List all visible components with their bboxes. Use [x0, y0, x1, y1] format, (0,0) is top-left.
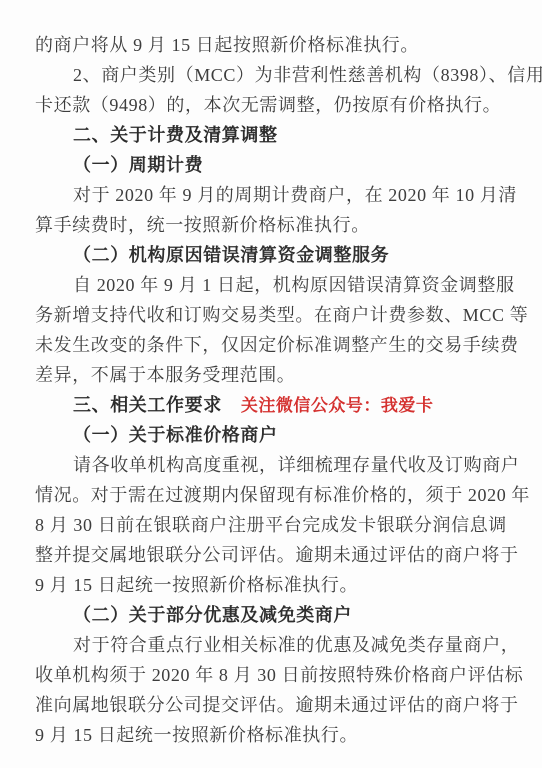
text-line: 整并提交属地银联分公司评估。逾期未通过评估的商户将于 — [35, 540, 513, 570]
section-heading-3-row: 三、相关工作要求 关注微信公众号：我爱卡 — [35, 390, 513, 420]
document-page: 的商户将从 9 月 15 日起按照新价格标准执行。 2、商户类别（MCC）为非营… — [0, 0, 542, 768]
subsection-heading: （一）周期计费 — [35, 150, 513, 180]
document-content: 的商户将从 9 月 15 日起按照新价格标准执行。 2、商户类别（MCC）为非营… — [35, 30, 513, 750]
section-heading-3: 三、相关工作要求 — [73, 395, 222, 415]
section-heading-2: 二、关于计费及清算调整 — [35, 120, 513, 150]
text-line: 请各收单机构高度重视，详细梳理存量代收及订购商户 — [35, 450, 513, 480]
text-line: 的商户将从 9 月 15 日起按照新价格标准执行。 — [35, 30, 513, 60]
text-line: 差异，不属于本服务受理范围。 — [35, 360, 513, 390]
text-line: 对于符合重点行业相关标准的优惠及减免类存量商户， — [35, 630, 513, 660]
text-line: 卡还款（9498）的，本次无需调整，仍按原有价格执行。 — [35, 90, 513, 120]
text-line: 自 2020 年 9 月 1 日起，机构原因错误清算资金调整服 — [35, 270, 513, 300]
wechat-watermark: 关注微信公众号：我爱卡 — [241, 396, 434, 415]
text-line: 情况。对于需在过渡期内保留现有标准价格的，须于 2020 年 — [35, 480, 513, 510]
text-line: 务新增支持代收和订购交易类型。在商户计费参数、MCC 等 — [35, 300, 513, 330]
text-line: 收单机构须于 2020 年 8 月 30 日前按照特殊价格商户评估标 — [35, 660, 513, 690]
text-line: 对于 2020 年 9 月的周期计费商户，在 2020 年 10 月清 — [35, 180, 513, 210]
text-line: 9 月 15 日起统一按照新价格标准执行。 — [35, 570, 513, 600]
subsection-heading: （二）关于部分优惠及减免类商户 — [35, 600, 513, 630]
subsection-heading: （二）机构原因错误清算资金调整服务 — [35, 240, 513, 270]
text-line: 算手续费时，统一按照新价格标准执行。 — [35, 210, 513, 240]
text-line: 8 月 30 日前在银联商户注册平台完成发卡银联分润信息调 — [35, 510, 513, 540]
text-line: 未发生改变的条件下，仅因定价标准调整产生的交易手续费 — [35, 330, 513, 360]
text-line: 2、商户类别（MCC）为非营利性慈善机构（8398）、信用 — [35, 60, 513, 90]
text-line: 9 月 15 日起统一按照新价格标准执行。 — [35, 720, 513, 750]
text-line: 准向属地银联分公司提交评估。逾期未通过评估的商户将于 — [35, 690, 513, 720]
subsection-heading: （一）关于标准价格商户 — [35, 420, 513, 450]
